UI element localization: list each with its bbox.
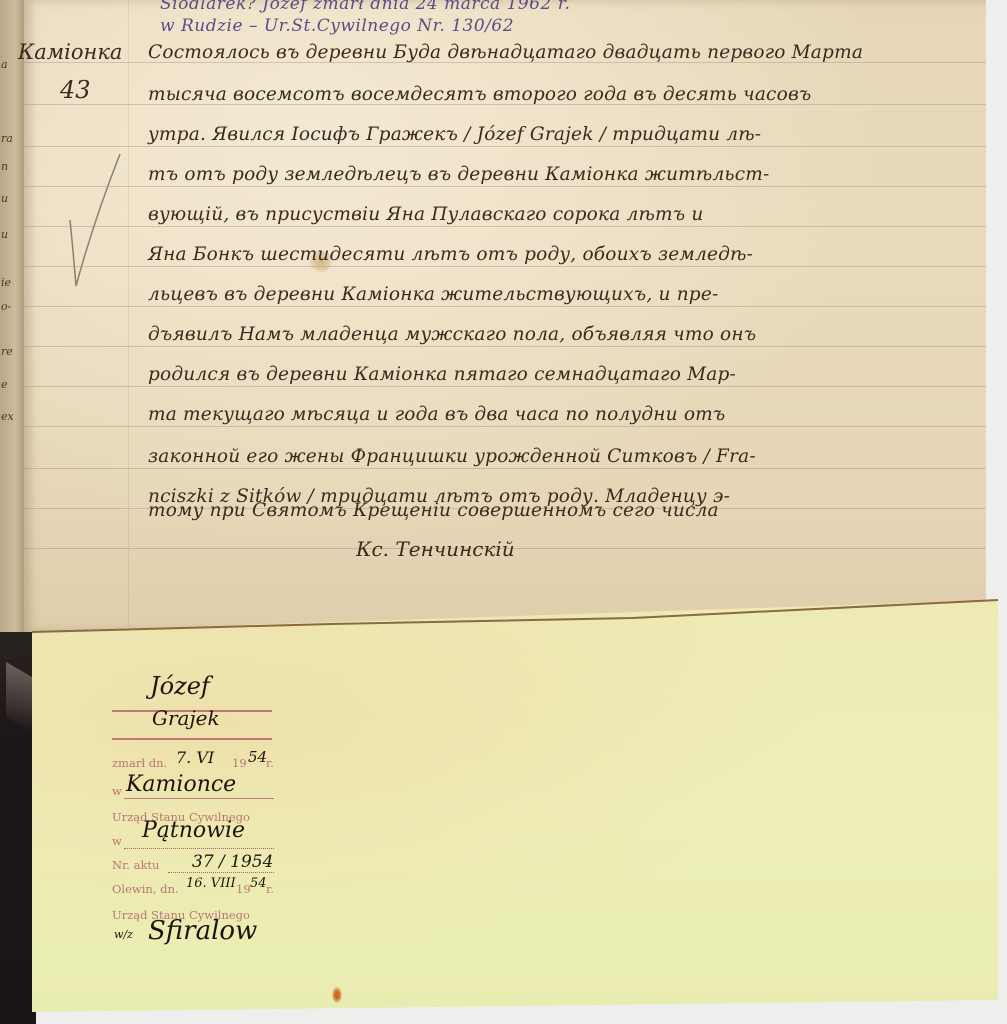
- ruled-line: [24, 186, 990, 187]
- priest-signature: Кс. Тенчинскій: [356, 537, 515, 561]
- died-label: zmarł dn.: [112, 756, 167, 770]
- number-label: Nr. aktu: [112, 858, 159, 872]
- issuer-prefix: w/z: [114, 928, 133, 941]
- ruled-line: [24, 146, 990, 147]
- ruled-line: [24, 468, 990, 469]
- issued-year-prefix: 19: [236, 882, 251, 896]
- ruled-line: [24, 306, 990, 307]
- page-edge: [986, 0, 1007, 632]
- ruled-line: [24, 386, 990, 387]
- stamp-rule: [112, 738, 272, 740]
- binding-mark: ex: [1, 410, 14, 423]
- stamp-name-last: Grajek: [152, 706, 220, 730]
- issued-date: 16. VIII: [186, 876, 236, 891]
- dotted-rule: [168, 872, 274, 873]
- entry-line: Яна Бонкъ шестидесяти лѣтъ отъ роду, обо…: [148, 244, 753, 265]
- entry-line: родился въ деревни Каміонка пятаго семна…: [148, 364, 736, 385]
- binding-mark: a: [1, 58, 8, 71]
- office-place-value: Pątnowie: [142, 818, 245, 843]
- died-year-prefix: 19: [232, 756, 247, 770]
- binding-mark: ra: [1, 132, 13, 145]
- scanner-background: [0, 620, 36, 1024]
- binding-mark: e: [1, 378, 8, 391]
- rust-stain: [332, 987, 342, 1003]
- dotted-rule: [124, 848, 274, 849]
- stamp-name-first: Józef: [150, 672, 210, 700]
- number-value: 37 / 1954: [192, 852, 273, 872]
- entry-line: утра. Явился Іосифъ Гражекъ / Józef Graj…: [148, 124, 761, 145]
- entry-line: льцевъ въ деревни Каміонка жительствующи…: [148, 284, 718, 305]
- binding-mark: u: [1, 192, 8, 205]
- office-place-prefix: w: [112, 834, 122, 848]
- place-prefix: w: [112, 784, 122, 798]
- issued-year: 54: [250, 876, 267, 891]
- checkmark-icon: [66, 150, 126, 290]
- ruled-line: [24, 426, 990, 427]
- entry-line: вующій, въ присуствіи Яна Пулавскаго сор…: [148, 204, 704, 225]
- entry-line: дъявилъ Намъ младенца мужскаго пола, объ…: [148, 324, 756, 345]
- entry-line: Состоялось въ деревни Буда двѣнадцатаго …: [148, 42, 863, 63]
- issued-year-end: r.: [266, 882, 274, 896]
- glare: [6, 662, 34, 733]
- ruled-line: [24, 346, 990, 347]
- entry-line: тысяча восемсотъ восемдесятъ второго год…: [148, 84, 811, 105]
- annotation-line-2: w Rudzie – Ur.St.Cywilnego Nr. 130/62: [160, 16, 514, 36]
- margin-village: Каміонка: [18, 40, 122, 64]
- annotation-line-1: Siodlarek? Józef zmarł dnia 24 marca 196…: [160, 0, 570, 14]
- issued-label: Olewin, dn.: [112, 882, 179, 896]
- died-date: 7. VI: [176, 748, 214, 767]
- issuer-signature: Sfiralow: [148, 916, 257, 946]
- entry-line: законной его жены Францишки урожденной С…: [148, 446, 756, 467]
- stamp-rule: [124, 798, 274, 799]
- entry-line: та текущаго мѣсяца и года въ два часа по…: [148, 404, 725, 425]
- entry-line: тъ отъ роду земледѣлецъ въ деревни Каміо…: [148, 164, 769, 185]
- binding-mark: n: [1, 160, 8, 173]
- civil-registry-stamp: Józef Grajek zmarł dn. 7. VI 19 54 r. w …: [112, 672, 302, 972]
- ruled-line: [24, 226, 990, 227]
- entry-line: тому при Святомъ Крещеніи совершенномъ с…: [148, 500, 719, 521]
- died-year-end: r.: [266, 756, 274, 770]
- binding-mark: o-: [1, 300, 11, 313]
- place-value: Kamionce: [126, 772, 236, 797]
- margin-rule: [128, 0, 129, 632]
- died-year: 54: [248, 748, 267, 766]
- ruled-line: [24, 266, 990, 267]
- binding-mark: re: [1, 345, 13, 358]
- binding-mark: u: [1, 228, 8, 241]
- binding-mark: ie: [1, 276, 11, 289]
- entry-number: 43: [60, 76, 91, 104]
